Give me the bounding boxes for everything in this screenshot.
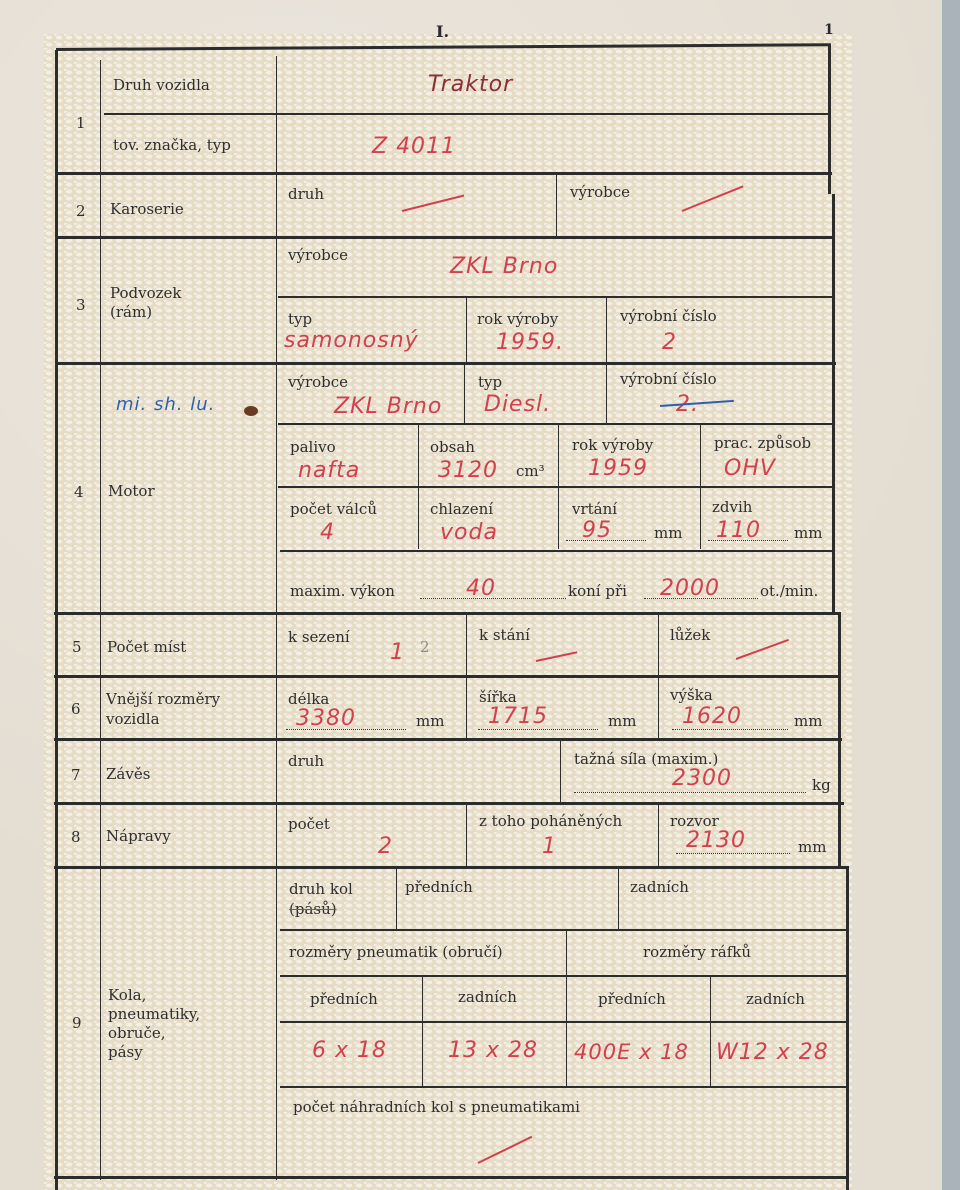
row-number: 4 (74, 483, 84, 501)
max-power-label: maxim. výkon (290, 582, 395, 601)
engine-handwritten-note: mi. sh. lu. (116, 394, 215, 415)
pull-force-dotted-line (574, 792, 806, 793)
width-value: 1715 (488, 704, 548, 729)
seated-label: k sezení (288, 628, 350, 647)
engine-maker-value: ZKL Brno (334, 394, 442, 419)
page-number: 1 (824, 22, 834, 38)
row7-col-divider (560, 740, 561, 802)
bore-label: vrtání (572, 500, 617, 519)
row-number: 2 (76, 202, 86, 220)
chassis-year-value: 1959. (496, 330, 564, 355)
chassis-label: Podvozek (110, 284, 182, 303)
wheels-label-tyres: pneumatiky, (108, 1005, 200, 1024)
wheel-kind-rear-label: zadních (630, 878, 689, 897)
vehicle-type-label: Druh vozidla (113, 76, 210, 95)
row-number: 9 (72, 1014, 82, 1032)
wheelbase-value: 2130 (686, 828, 746, 853)
row4-col-divider (464, 364, 465, 424)
pull-force-unit: kg (812, 776, 831, 795)
dimensions-label-vehicle: vozidla (106, 710, 160, 729)
wheels-label-tracks: pásy (108, 1043, 143, 1062)
row3-col-divider (466, 298, 467, 362)
row-divider (54, 866, 848, 869)
row9-col-divider (618, 868, 619, 930)
engine-type-value: Diesl. (484, 392, 551, 417)
engine-year-label: rok výroby (572, 436, 653, 455)
tyre-rear-value: 13 x 28 (448, 1038, 538, 1063)
hitch-kind-label: druh (288, 752, 324, 771)
row9-divider (280, 975, 846, 977)
wheels-label-rims: obruče, (108, 1024, 166, 1043)
work-mode-label: prac. způsob (714, 434, 811, 453)
fuel-label: palivo (290, 438, 336, 457)
chassis-year-label: rok výroby (477, 310, 558, 329)
tyre-front-label: předních (310, 990, 378, 1009)
rpm-unit: ot./min. (760, 582, 818, 601)
row-number: 5 (72, 638, 82, 656)
fuel-value: nafta (298, 458, 360, 483)
length-dotted-line (286, 729, 406, 730)
hp-at-label: koní při (568, 582, 627, 601)
bore-unit: mm (654, 524, 682, 543)
row9-col-divider (566, 931, 567, 1087)
row-divider (54, 802, 844, 805)
row8-col-divider (658, 804, 659, 866)
driven-axles-value: 1 (542, 834, 557, 859)
vehicle-type-value: Traktor (428, 72, 513, 97)
row-divider (56, 362, 836, 365)
max-power-value: 40 (466, 576, 496, 601)
label-column-divider (276, 56, 277, 1180)
standing-label: k stání (479, 626, 530, 645)
axles-label: Nápravy (106, 827, 171, 846)
row-divider (54, 738, 842, 741)
height-unit: mm (794, 712, 822, 731)
row4-divider (280, 550, 834, 552)
hitch-label: Závěs (106, 765, 150, 784)
row3-divider (278, 296, 832, 298)
wheelbase-dotted-line (676, 853, 790, 854)
rpm-value: 2000 (660, 576, 720, 601)
engine-label: Motor (108, 482, 155, 501)
make-value: Z 4011 (372, 134, 456, 159)
bodywork-maker-label: výrobce (570, 183, 630, 202)
engine-serial-label: výrobní číslo (620, 370, 717, 389)
chassis-serial-label: výrobní číslo (620, 307, 717, 326)
driven-axles-label: z toho poháněných (479, 812, 622, 831)
stroke-label: zdvih (712, 498, 752, 517)
height-label: výška (670, 686, 713, 705)
cooling-value: voda (440, 520, 498, 545)
row-number: 6 (71, 700, 81, 718)
chassis-label-frame: (rám) (110, 303, 152, 322)
table-border-right (846, 866, 849, 1190)
row9-divider (280, 929, 846, 931)
axle-count-label: počet (288, 815, 330, 834)
row4-divider (278, 423, 834, 425)
table-border-left (55, 50, 58, 1190)
stroke-unit: mm (794, 524, 822, 543)
row-number: 1 (76, 114, 86, 132)
row1-divider (104, 113, 828, 115)
row8-col-divider (466, 804, 467, 866)
row-divider (54, 1176, 848, 1179)
engine-type-label: typ (478, 373, 502, 392)
spare-wheels-label: počet náhradních kol s pneumatikami (293, 1098, 580, 1117)
wheel-kind-label-tracks: (pásů) (289, 900, 337, 919)
berths-label: lůžek (670, 626, 710, 645)
displacement-label: obsah (430, 438, 475, 457)
pull-force-value: 2300 (672, 766, 732, 791)
chassis-serial-value: 2 (662, 330, 677, 355)
rim-rear-label: zadních (746, 990, 805, 1009)
chassis-maker-value: ZKL Brno (450, 254, 558, 279)
number-column-divider (100, 60, 101, 1180)
row2-col-divider (556, 174, 557, 236)
tyre-front-value: 6 x 18 (312, 1038, 387, 1063)
length-value: 3380 (296, 706, 356, 731)
width-unit: mm (608, 712, 636, 731)
row9-col-divider (422, 977, 423, 1087)
wheelbase-unit: mm (798, 838, 826, 857)
row9-divider (280, 1086, 846, 1088)
stroke-dotted-line (708, 540, 788, 541)
document-page: I. 1 1 Druh (0, 0, 942, 1190)
bodywork-kind-label: druh (288, 185, 324, 204)
wheel-kind-label: druh kol (289, 880, 353, 899)
bore-dotted-line (566, 540, 646, 541)
row4-col-divider (606, 364, 607, 424)
chassis-type-value: samonosný (284, 328, 419, 353)
seated-value: 1 (390, 640, 405, 665)
rim-front-label: předních (598, 990, 666, 1009)
cylinders-value: 4 (320, 520, 335, 545)
wheel-kind-front-label: předních (405, 878, 473, 897)
engine-maker-label: výrobce (288, 373, 348, 392)
make-label: tov. značka, typ (113, 136, 231, 155)
ink-stain (244, 406, 258, 416)
axle-count-value: 2 (378, 834, 393, 859)
engine-year-value: 1959 (588, 456, 648, 481)
height-dotted-line (672, 729, 788, 730)
bodywork-label: Karoserie (110, 200, 184, 219)
rim-front-value: 400E x 18 (574, 1040, 689, 1064)
row3-col-divider (606, 298, 607, 362)
width-dotted-line (478, 729, 598, 730)
cylinders-label: počet válců (290, 500, 377, 519)
row4-divider (278, 486, 834, 488)
height-value: 1620 (682, 704, 742, 729)
row9-divider (280, 1021, 846, 1023)
cooling-label: chlazení (430, 500, 493, 519)
row5-col-divider (658, 614, 659, 738)
dimensions-label: Vnější rozměry (106, 690, 220, 709)
row-divider (56, 172, 832, 175)
section-heading: I. (436, 22, 449, 41)
rim-rear-value: W12 x 28 (716, 1040, 829, 1065)
row-number: 8 (71, 828, 81, 846)
row9-col-divider (710, 977, 711, 1087)
displacement-unit: cm³ (516, 462, 545, 481)
displacement-value: 3120 (438, 458, 498, 483)
chassis-maker-label: výrobce (288, 246, 348, 265)
row-number: 7 (71, 766, 81, 784)
row-divider (56, 236, 834, 239)
row-divider (54, 675, 840, 678)
row-number: 3 (76, 296, 86, 314)
wheels-label: Kola, (108, 986, 146, 1005)
rim-sizes-label: rozměry ráfků (643, 943, 751, 962)
work-mode-value: OHV (724, 456, 776, 481)
seats-label: Počet míst (107, 638, 186, 657)
chassis-type-label: typ (288, 310, 312, 329)
row5-col-divider (466, 614, 467, 738)
row-divider (54, 612, 840, 615)
seated-pencil-note: 2 (420, 638, 430, 657)
row9-col-divider (396, 868, 397, 930)
background-surface (942, 0, 960, 1190)
tyre-sizes-label: rozměry pneumatik (obručí) (289, 943, 503, 962)
length-unit: mm (416, 712, 444, 731)
tyre-rear-label: zadních (458, 988, 517, 1007)
